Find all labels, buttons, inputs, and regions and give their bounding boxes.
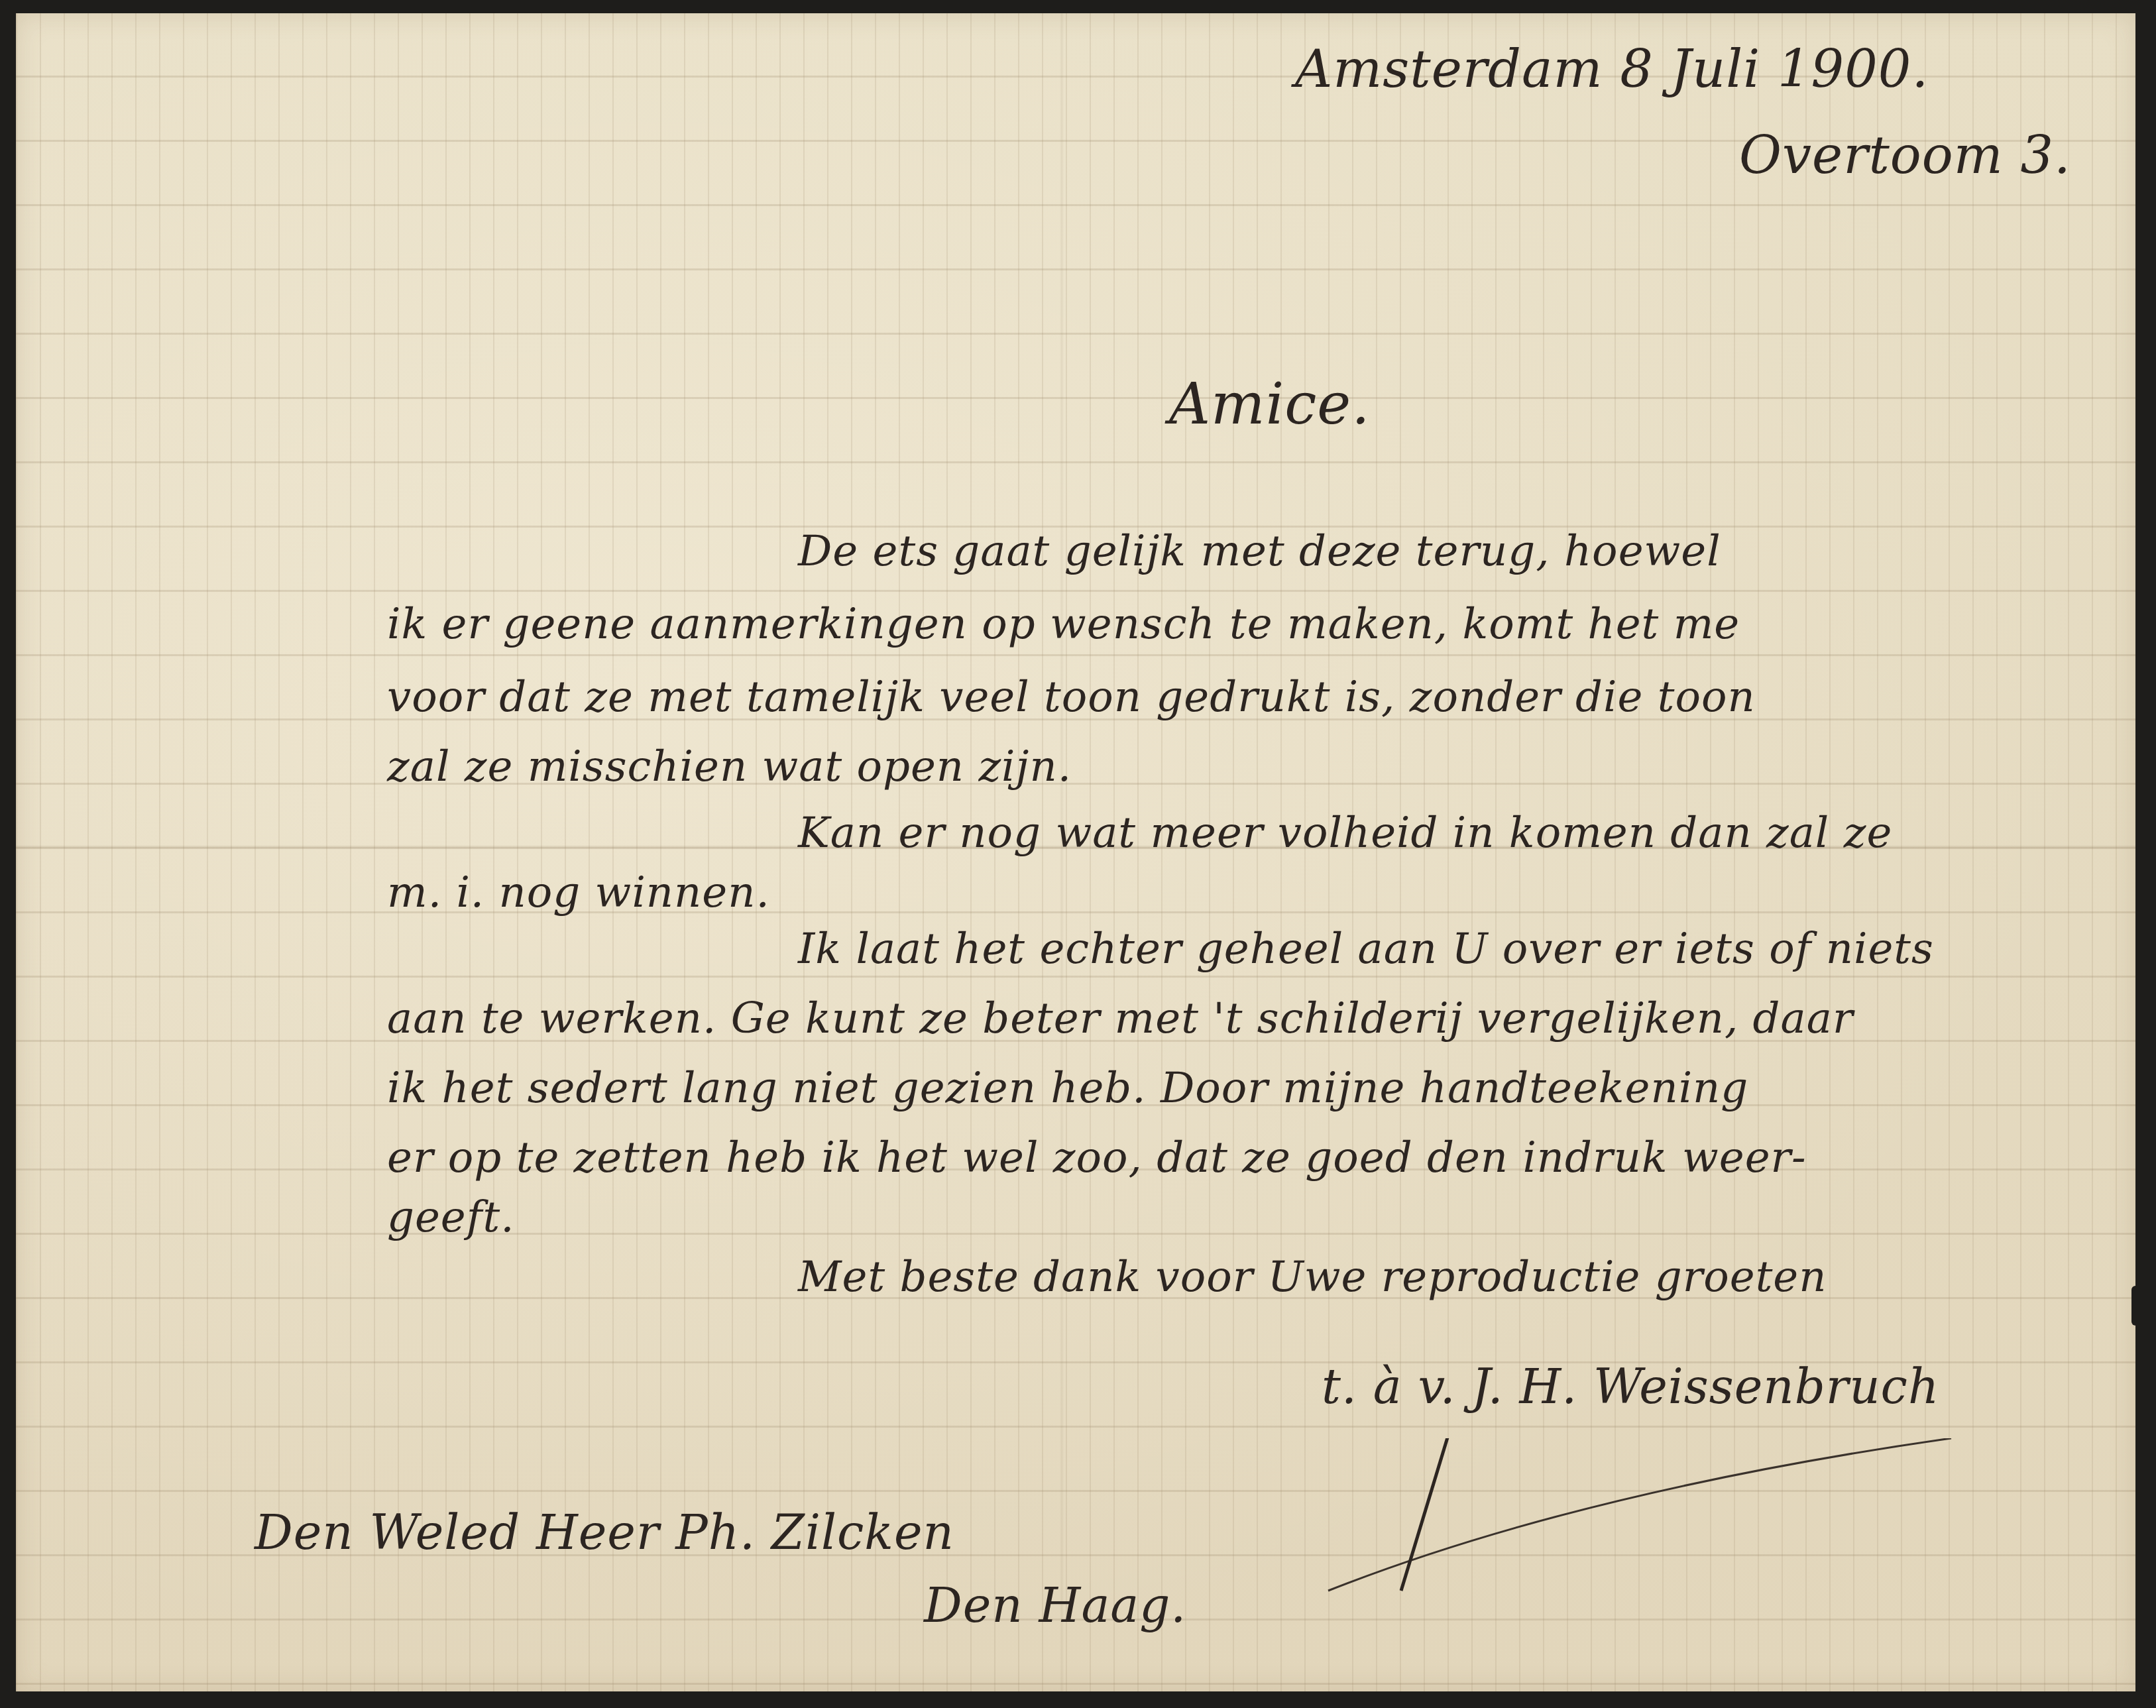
addressee-name: Den Weled Heer Ph. Zilcken (255, 1505, 954, 1560)
letter-place-date: Amsterdam 8 Juli 1900. (1295, 40, 1929, 99)
body-line: er op te zetten heb ik het wel zoo, dat … (387, 1133, 1807, 1182)
body-line: zal ze misschien wat open zijn. (387, 742, 1072, 791)
body-line: aan te werken. Ge kunt ze beter met 't s… (387, 994, 1853, 1043)
body-line: ik het sedert lang niet gezien heb. Door… (387, 1064, 1748, 1113)
letter-closing: Met beste dank voor Uwe reproductie groe… (798, 1253, 1827, 1302)
letter-signature: t. à v. J. H. Weissenbruch (1322, 1359, 1939, 1414)
body-line: geeft. (387, 1193, 514, 1242)
paper-edge-tear (2131, 1286, 2139, 1326)
body-line: m. i. nog winnen. (387, 868, 770, 917)
letter-salutation: Amice. (1169, 371, 1371, 437)
addressee-city: Den Haag. (924, 1577, 1186, 1633)
body-line: Ik laat het echter geheel aan U over er … (798, 925, 1934, 974)
body-line: voor dat ze met tamelijk veel toon gedru… (387, 673, 1756, 722)
body-line: De ets gaat gelijk met deze terug, hoewe… (798, 527, 1721, 576)
body-line: Kan er nog wat meer volheid in komen dan… (798, 809, 1892, 858)
signature-flourish-icon (1315, 1438, 1964, 1597)
body-line: ik er geene aanmerkingen op wensch te ma… (387, 600, 1740, 649)
letter-page: Amsterdam 8 Juli 1900. Overtoom 3. Amice… (16, 13, 2135, 1691)
letter-sender-address: Overtoom 3. (1739, 126, 2071, 186)
